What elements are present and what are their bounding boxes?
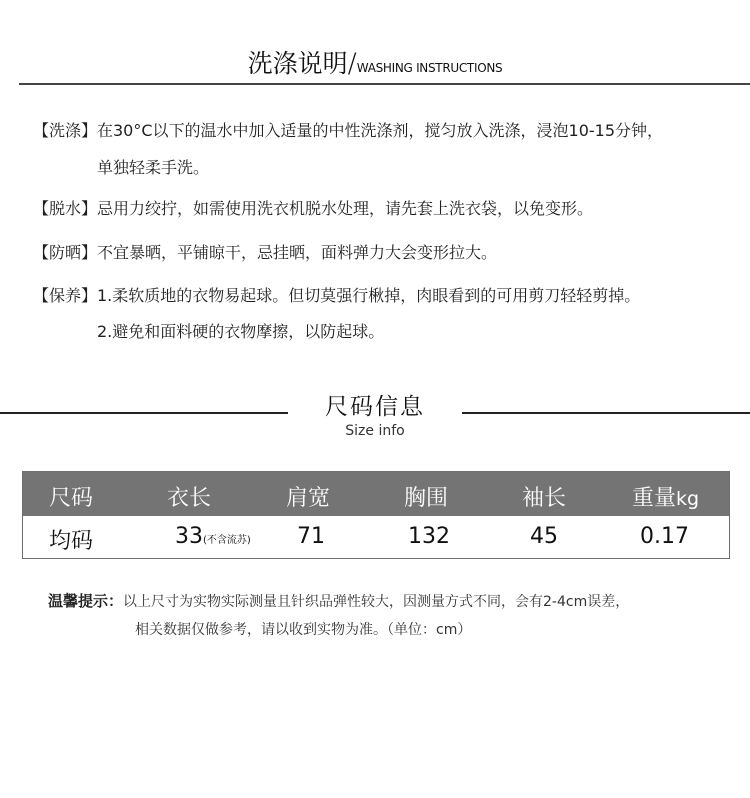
wash-item-sun: 【防晒】不宜暴晒，平铺晾干，忌挂晒，面料弹力大会变形拉大。 [33,240,497,263]
wash-item-care: 【保养】1.柔软质地的衣物易起球。但切莫强行楸掉，肉眼看到的可用剪刀轻轻剪掉。 [33,283,640,306]
wash-text: 不宜暴晒，平铺晾干，忌挂晒，面料弹力大会变形拉大。 [97,243,497,262]
cell-sleeve: 45 [530,524,558,549]
wash-text: 1.柔软质地的衣物易起球。但切莫强行楸掉，肉眼看到的可用剪刀轻轻剪掉。 [97,286,640,305]
washing-title-en: WASHING INSTRUCTIONS [357,61,503,75]
washing-divider [19,83,750,85]
cell-size: 均码 [49,524,93,555]
header-length: 衣长 [167,481,211,512]
washing-title: 洗涤说明/WASHING INSTRUCTIONS [0,44,750,80]
header-chest: 胸围 [404,481,448,512]
header-weight-label: 重量 [632,486,676,511]
tip-text-line2: 相关数据仅做参考，请以收到实物为准。（单位：cm） [135,619,471,639]
wash-tag: 【保养】 [33,283,97,306]
cell-chest: 132 [408,524,450,549]
size-table: 尺码 衣长 肩宽 胸围 袖长 重量kg 均码 33(不含流苏) 71 132 4… [22,471,730,559]
size-divider-left [0,412,288,414]
wash-tag: 【脱水】 [33,196,97,219]
cell-length-note: (不含流苏) [203,535,251,546]
size-info-title: 尺码信息 [288,388,462,421]
header-weight-unit: kg [676,488,699,510]
wash-text: 在30°C以下的温水中加入适量的中性洗涤剂，搅匀放入洗涤，浸泡10-15分钟， [97,121,663,140]
wash-tag: 【洗涤】 [33,118,97,141]
tip-text-line1: 以上尺寸为实物实际测量且针织品弹性较大，因测量方式不同，会有2-4cm误差， [123,594,629,610]
cell-length: 33(不含流苏) [175,524,251,549]
header-size: 尺码 [49,481,93,512]
wash-tag: 【防晒】 [33,240,97,263]
washing-title-slash: / [348,48,357,79]
wash-item-washing-line2: 单独轻柔手洗。 [97,155,209,178]
wash-item-washing: 【洗涤】在30°C以下的温水中加入适量的中性洗涤剂，搅匀放入洗涤，浸泡10-15… [33,118,663,141]
washing-title-cn: 洗涤说明 [248,49,348,78]
size-divider-right [462,412,750,414]
wash-text: 忌用力绞拧，如需使用洗衣机脱水处理，请先套上洗衣袋，以免变形。 [97,199,593,218]
size-info-subtitle: Size info [288,423,462,439]
wash-item-care-line2: 2.避免和面料硬的衣物摩擦，以防起球。 [97,319,384,342]
header-shoulder: 肩宽 [286,481,330,512]
size-table-header [23,472,729,516]
wash-item-spin: 【脱水】忌用力绞拧，如需使用洗衣机脱水处理，请先套上洗衣袋，以免变形。 [33,196,593,219]
header-weight: 重量kg [632,481,699,512]
cell-shoulder: 71 [297,524,325,549]
header-sleeve: 袖长 [522,481,566,512]
size-table-row [23,516,729,558]
size-tip: 温馨提示：以上尺寸为实物实际测量且针织品弹性较大，因测量方式不同，会有2-4cm… [48,590,629,611]
cell-length-value: 33 [175,524,203,549]
cell-weight: 0.17 [640,524,689,549]
tip-label: 温馨提示： [48,592,123,610]
